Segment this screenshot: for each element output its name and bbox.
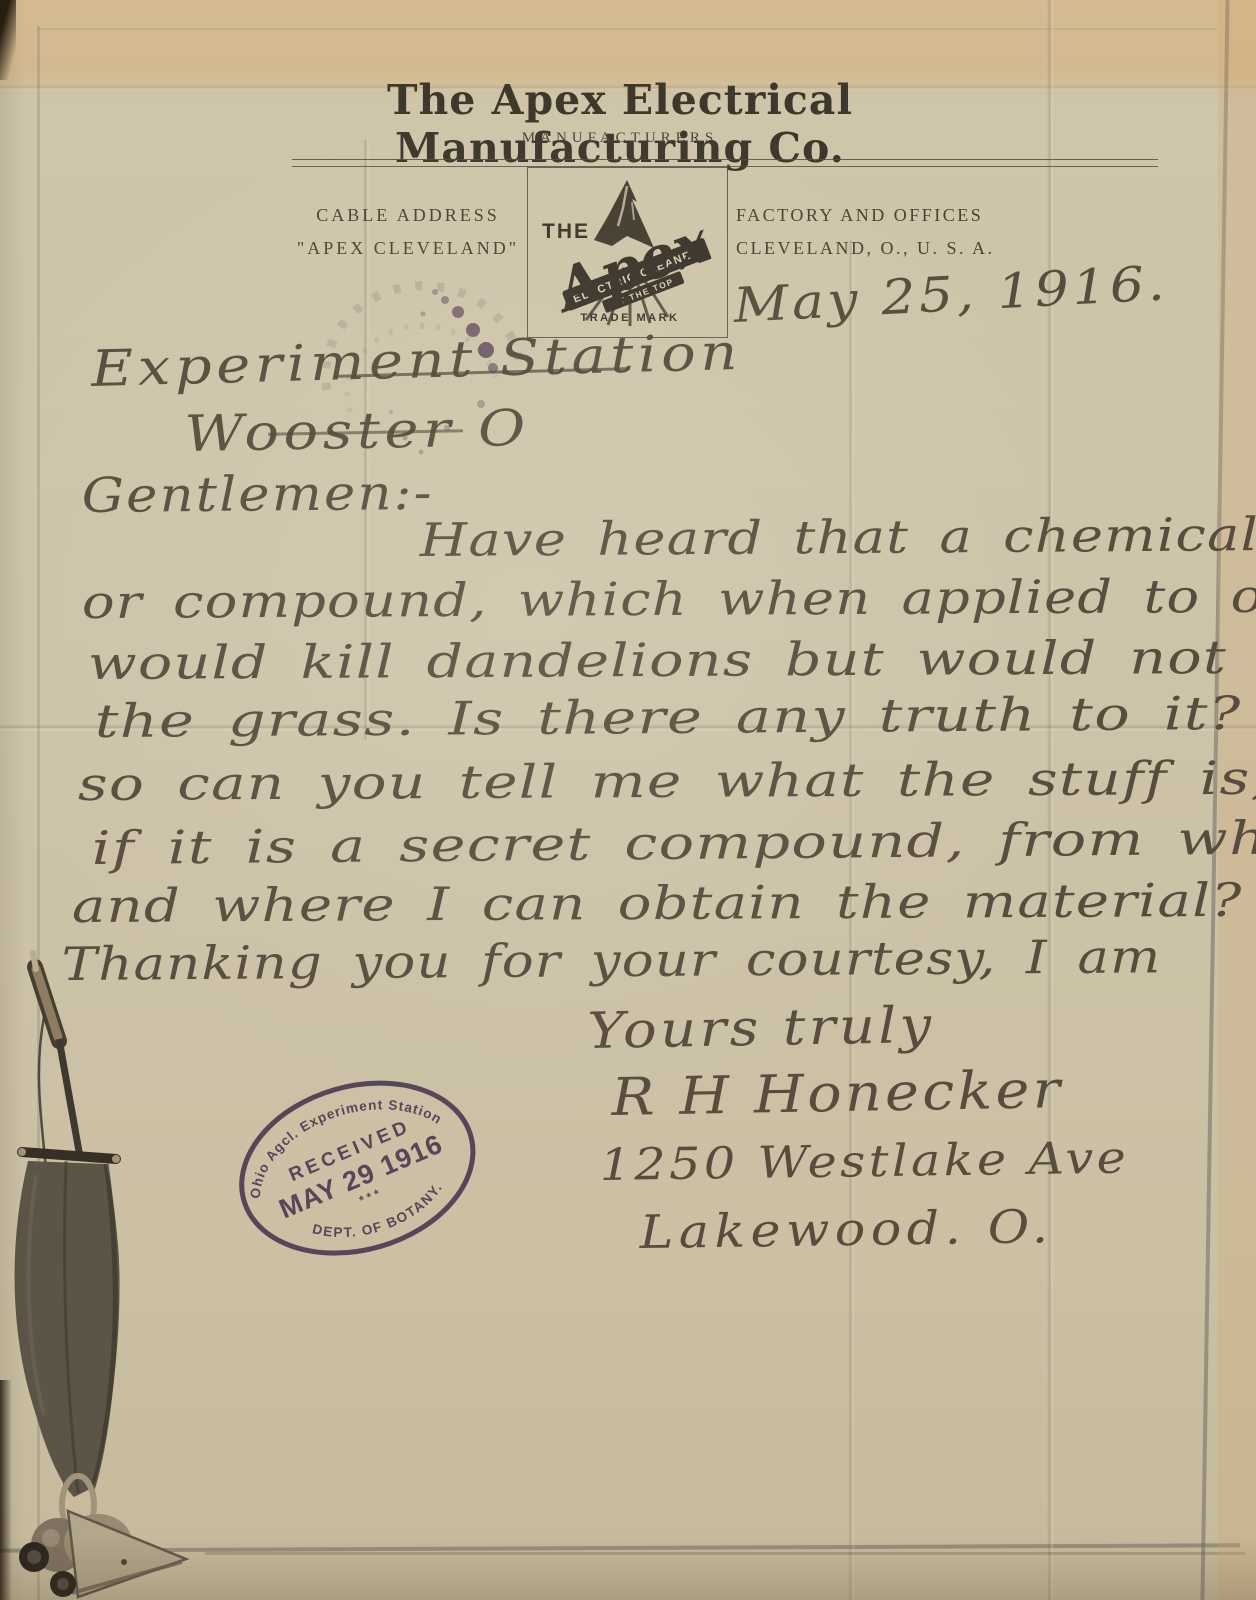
header-rule	[292, 159, 1158, 167]
logo-the-label: THE	[542, 220, 590, 243]
letter-photo: The Apex Electrical Manufacturing Co. MA…	[0, 0, 1256, 1600]
body-line: or compound, which when applied to or on…	[82, 567, 1256, 629]
body-line: so can you tell me what the stuff is, or	[78, 750, 1256, 811]
factory-offices-block: FACTORY AND OFFICES CLEVELAND, O., U. S.…	[736, 205, 1166, 259]
sender-address-line-2: Lakewood. O.	[639, 1199, 1054, 1259]
body-line: would kill dandelions but would not inju…	[88, 629, 1256, 690]
factory-offices-value: CLEVELAND, O., U. S. A.	[736, 238, 1166, 259]
body-line: and where I can obtain the material?	[72, 873, 1243, 933]
cable-address-block: CABLE ADDRESS "APEX CLEVELAND"	[292, 205, 524, 259]
cable-address-label: CABLE ADDRESS	[292, 205, 524, 226]
body-line: Thanking you for your courtesy, I am	[62, 929, 1162, 991]
closing: Yours truly	[587, 996, 935, 1060]
logo-trademark-label: TRADE MARK	[581, 312, 680, 324]
bottom-fold-shadow	[205, 1552, 1245, 1555]
company-subtitle: MANUFACTURERS	[255, 130, 985, 147]
body-line: Have heard that a chemical	[420, 507, 1256, 567]
body-line: the grass. Is there any truth to it? If	[95, 685, 1256, 748]
factory-offices-label: FACTORY AND OFFICES	[736, 205, 1166, 226]
cable-address-value: "APEX CLEVELAND"	[292, 238, 524, 259]
vacuum-cleaner-icon	[6, 945, 211, 1600]
recipient-line-2: Wooster O	[184, 399, 530, 463]
salutation: Gentlemen:-	[82, 465, 434, 524]
vacuum-cleaner-illustration	[6, 945, 211, 1600]
sender-address-line-1: 1250 Westlake Ave	[599, 1133, 1129, 1191]
signature: R H Honecker	[611, 1060, 1064, 1128]
company-name: The Apex Electrical Manufacturing Co.	[255, 76, 985, 172]
body-line: if it is a secret compound, from whom	[92, 810, 1256, 875]
